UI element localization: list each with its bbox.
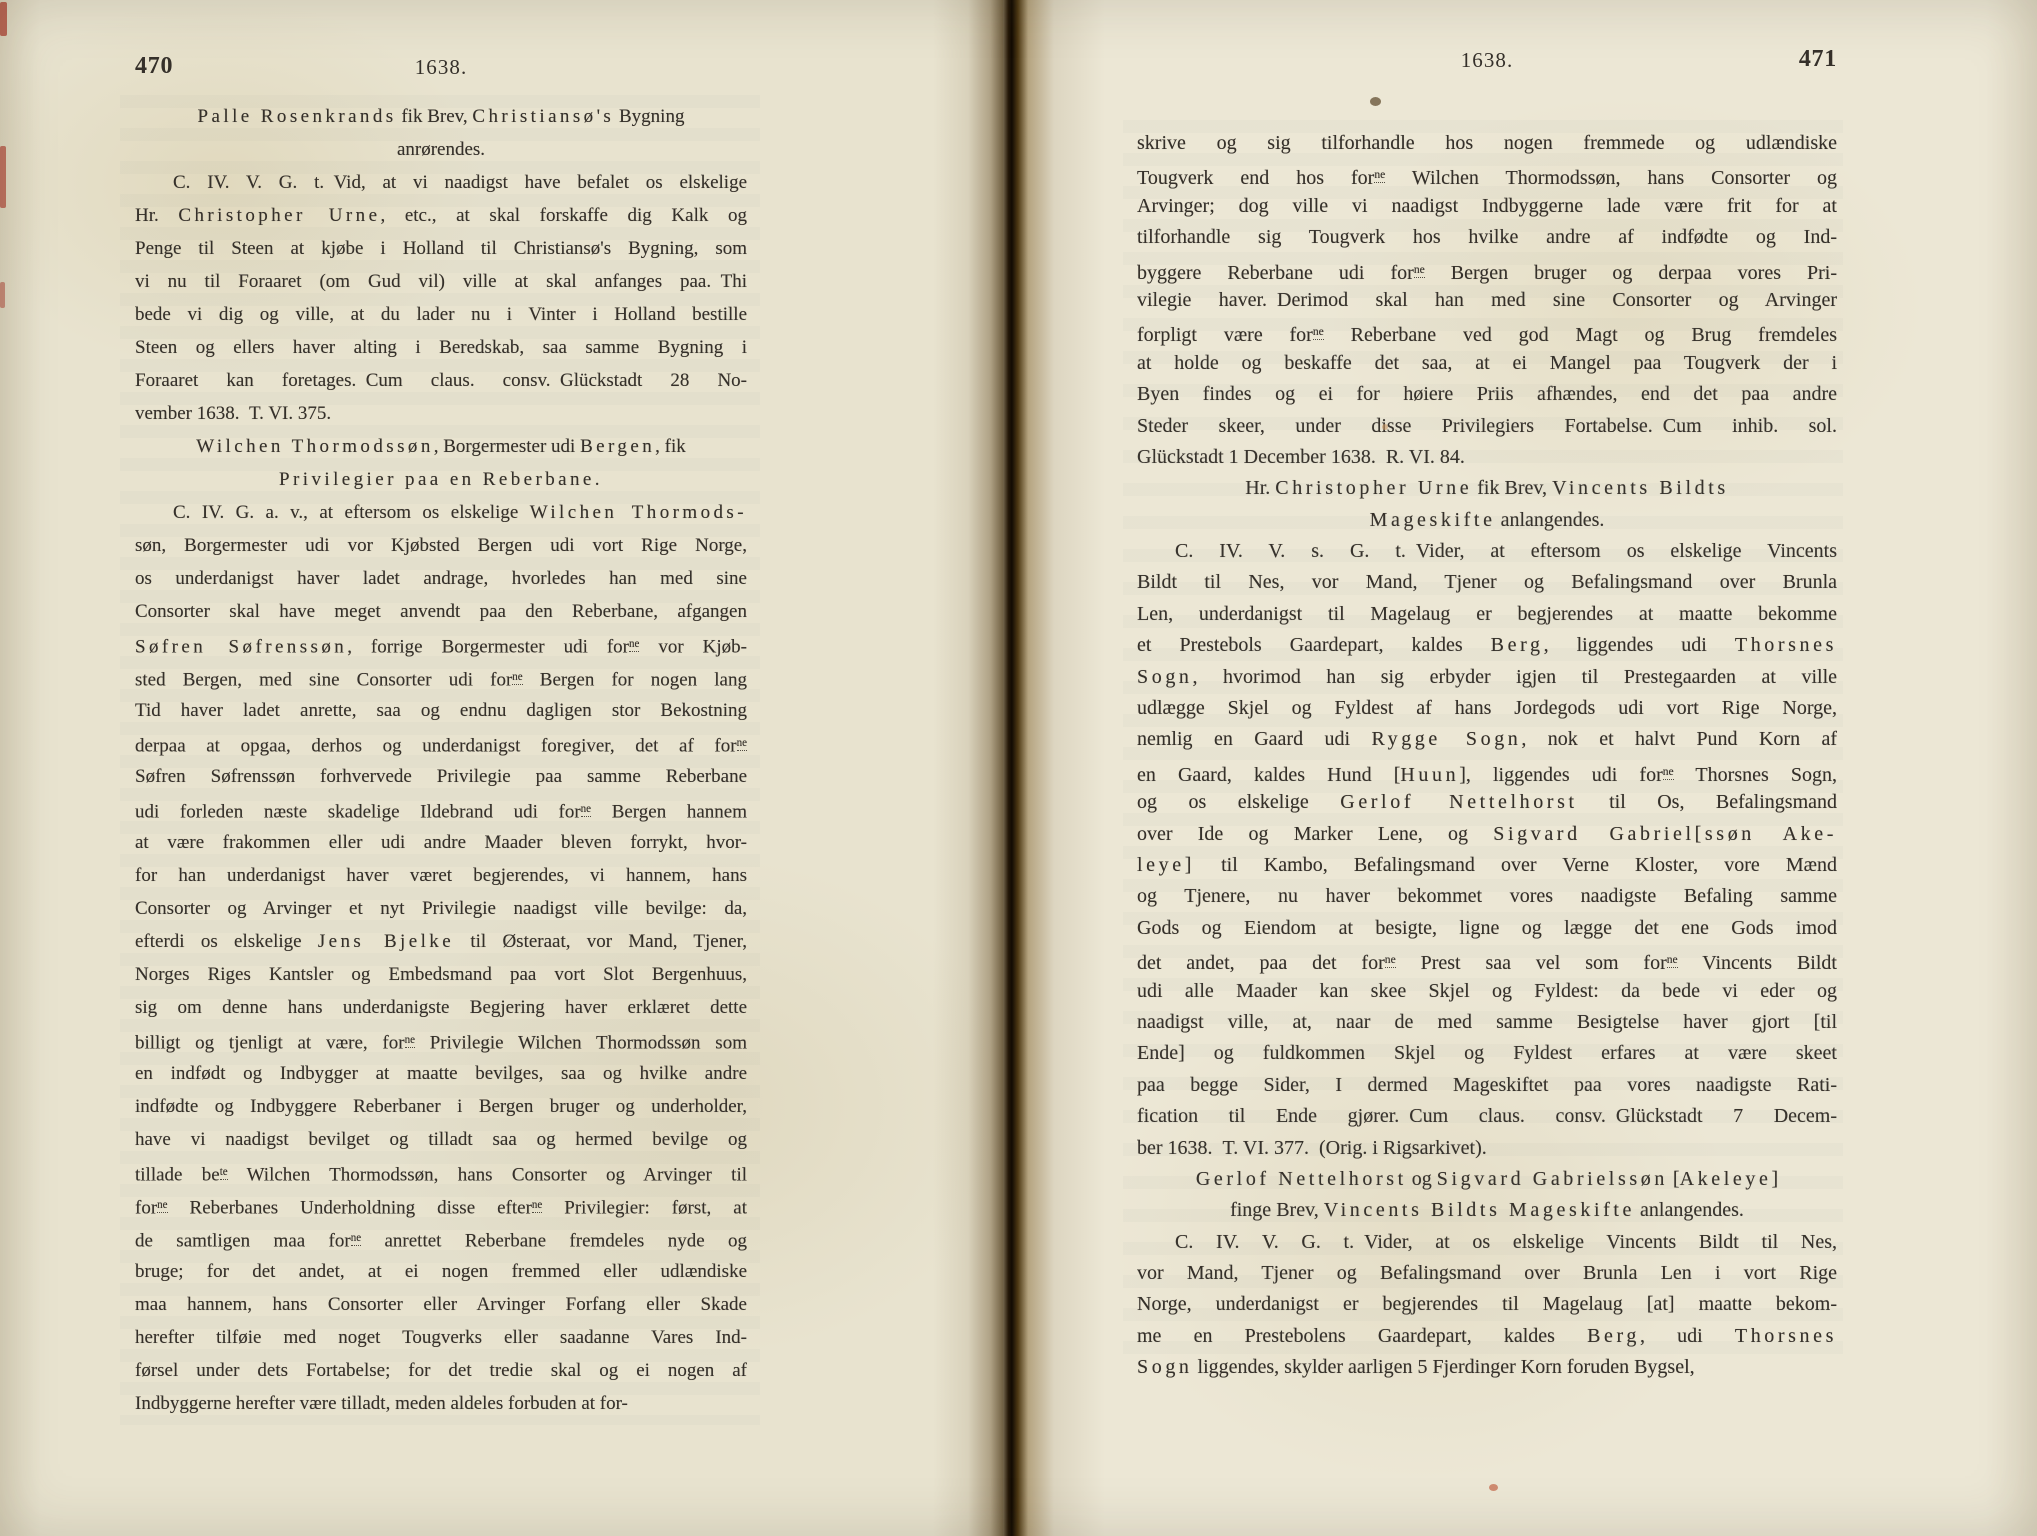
text-line: herefter tilføie med noget Tougverks ell… bbox=[135, 1321, 747, 1354]
text-line: paa begge Sider, I dermed Mageskiftet pa… bbox=[1137, 1070, 1837, 1101]
text-line: C. IV. V. G. t. Vid, at vi naadigst have… bbox=[135, 166, 747, 199]
text-line: Søfren Søfrenssøn forhvervede Privilegie… bbox=[135, 760, 747, 793]
section-heading: Hr. Christopher Urne fik Brev, Vincents … bbox=[1137, 473, 1837, 536]
text-line: Palle Rosenkrands fik Brev, Christiansø'… bbox=[135, 100, 747, 133]
text-line: billigt og tjenligt at være, forne Privi… bbox=[135, 1024, 747, 1057]
text-line: Ende] og fuldkommen Skjel og Fyldest erf… bbox=[1137, 1038, 1837, 1069]
text-line: Norge, underdanigst er begjerendes til M… bbox=[1137, 1289, 1837, 1320]
text-line: Privilegier paa en Reberbane. bbox=[135, 463, 747, 496]
text-line: efterdi os elskelige Jens Bjelke til Øst… bbox=[135, 925, 747, 958]
body-paragraph: C. IV. V. s. G. t. Vider, at eftersom os… bbox=[1137, 536, 1837, 1164]
text-line: Tid haver ladet anrette, saa og endnu da… bbox=[135, 694, 747, 727]
book-spread: 470 1638. Palle Rosenkrands fik Brev, Ch… bbox=[0, 0, 2037, 1536]
text-line: byggere Reberbane udi forne Bergen bruge… bbox=[1137, 254, 1837, 285]
text-line: Consorter og Arvinger et nyt Privilegie … bbox=[135, 892, 747, 925]
text-line: sig om denne hans underdanigste Begjerin… bbox=[135, 991, 747, 1024]
text-line: Steen og ellers haver alting i Beredskab… bbox=[135, 331, 747, 364]
text-line: en Gaard, kaldes Hund [Huun], liggendes … bbox=[1137, 756, 1837, 787]
text-line: nemlig en Gaard udi Rygge Sogn, nok et h… bbox=[1137, 724, 1837, 755]
section-heading: Gerlof Nettelhorst og Sigvard Gabrielssø… bbox=[1137, 1164, 1837, 1227]
text-line: indfødte og Indbyggere Reberbaner i Berg… bbox=[135, 1090, 747, 1123]
text-line: Norges Riges Kantsler og Embedsmand paa … bbox=[135, 958, 747, 991]
body-paragraph: skrive og sig tilforhandle hos nogen fre… bbox=[1137, 128, 1837, 473]
page-number: 471 bbox=[1799, 46, 1837, 73]
text-line: over Ide og Marker Lene, og Sigvard Gabr… bbox=[1137, 819, 1837, 850]
left-text-column: Palle Rosenkrands fik Brev, Christiansø'… bbox=[135, 100, 747, 1420]
page-number: 470 bbox=[135, 53, 173, 80]
text-line: og os elskelige Gerlof Nettelhorst til O… bbox=[1137, 787, 1837, 818]
text-line: Arvinger; dog ville vi naadigst Indbygge… bbox=[1137, 191, 1837, 222]
text-line: Hr. Christopher Urne fik Brev, Vincents … bbox=[1137, 473, 1837, 504]
text-line: sted Bergen, med sine Consorter udi forn… bbox=[135, 661, 747, 694]
text-line: tilforhandle sig Tougverk hos hvilke and… bbox=[1137, 222, 1837, 253]
text-line: me en Prestebolens Gaardepart, kaldes Be… bbox=[1137, 1321, 1837, 1352]
text-line: søn, Borgermester udi vor Kjøbsted Berge… bbox=[135, 529, 747, 562]
text-line: bruge; for det andet, at ei nogen fremme… bbox=[135, 1255, 747, 1288]
text-line: tillade bete Wilchen Thormodssøn, hans C… bbox=[135, 1156, 747, 1189]
text-line: leye] til Kambo, Befalingsmand over Vern… bbox=[1137, 850, 1837, 881]
text-line: Bildt til Nes, vor Mand, Tjener og Befal… bbox=[1137, 567, 1837, 598]
text-line: forne Reberbanes Underholdning disse eft… bbox=[135, 1189, 747, 1222]
text-line: Sogn liggendes, skylder aarligen 5 Fjerd… bbox=[1137, 1352, 1837, 1383]
text-line: og Tjenere, nu haver bekommet vores naad… bbox=[1137, 881, 1837, 912]
running-head: 1638. bbox=[135, 55, 747, 80]
text-line: Steder skeer, under disse Privilegiers F… bbox=[1137, 411, 1837, 442]
text-line: have vi naadigst bevilget og tilladt saa… bbox=[135, 1123, 747, 1156]
text-line: Penge til Steen at kjøbe i Holland til C… bbox=[135, 232, 747, 265]
left-page-header: 470 1638. bbox=[135, 55, 747, 80]
text-line: udi forleden næste skadelige Ildebrand u… bbox=[135, 793, 747, 826]
text-line: Gods og Eiendom at besigte, ligne og læg… bbox=[1137, 913, 1837, 944]
text-line: de samtligen maa forne anrettet Reberban… bbox=[135, 1222, 747, 1255]
body-paragraph: C. IV. V. G. t. Vid, at vi naadigst have… bbox=[135, 166, 747, 430]
text-line: derpaa at opgaa, derhos og underdanigst … bbox=[135, 727, 747, 760]
text-line: Mageskifte anlangendes. bbox=[1137, 505, 1837, 536]
running-head: 1638. bbox=[1137, 48, 1837, 73]
text-line: vember 1638. T. VI. 375. bbox=[135, 397, 747, 430]
text-line: fication til Ende gjører. Cum claus. con… bbox=[1137, 1101, 1837, 1132]
text-line: Foraaret kan foretages. Cum claus. consv… bbox=[135, 364, 747, 397]
right-page: 1638. 471 skrive og sig tilforhandle hos… bbox=[1013, 0, 2037, 1536]
text-line: Len, underdanigst til Magelaug er begjer… bbox=[1137, 599, 1837, 630]
left-page: 470 1638. Palle Rosenkrands fik Brev, Ch… bbox=[0, 0, 1003, 1536]
body-paragraph: C. IV. V. G. t. Vider, at os elskelige V… bbox=[1137, 1227, 1837, 1384]
text-line: at holde og beskaffe det saa, at ei Mang… bbox=[1137, 348, 1837, 379]
text-line: vi nu til Foraaret (om Gud vil) ville at… bbox=[135, 265, 747, 298]
text-line: ber 1638. T. VI. 377. (Orig. i Rigsarkiv… bbox=[1137, 1133, 1837, 1164]
text-line: at være frakommen eller udi andre Maader… bbox=[135, 826, 747, 859]
text-line: vor Mand, Tjener og Befalingsmand over B… bbox=[1137, 1258, 1837, 1289]
text-line: udlægge Skjel og Fyldest af hans Jordego… bbox=[1137, 693, 1837, 724]
text-line: Tougverk end hos forne Wilchen Thormodss… bbox=[1137, 159, 1837, 190]
text-line: førsel under dets Fortabelse; for det tr… bbox=[135, 1354, 747, 1387]
text-line: et Prestebols Gaardepart, kaldes Berg, l… bbox=[1137, 630, 1837, 661]
section-heading: Palle Rosenkrands fik Brev, Christiansø'… bbox=[135, 100, 747, 166]
page-gutter bbox=[968, 0, 1054, 1536]
text-line: Sogn, hvorimod han sig erbyder igjen til… bbox=[1137, 662, 1837, 693]
text-line: C. IV. G. a. v., at eftersom os elskelig… bbox=[135, 496, 747, 529]
text-line: finge Brev, Vincents Bildts Mageskifte a… bbox=[1137, 1195, 1837, 1226]
text-line: skrive og sig tilforhandle hos nogen fre… bbox=[1137, 128, 1837, 159]
text-line: forpligt være forne Reberbane ved god Ma… bbox=[1137, 316, 1837, 347]
text-line: bede vi dig og ville, at du lader nu i V… bbox=[135, 298, 747, 331]
text-line: anrørendes. bbox=[135, 133, 747, 166]
text-line: maa hannem, hans Consorter eller Arvinge… bbox=[135, 1288, 747, 1321]
text-line: os underdanigst haver ladet andrage, hvo… bbox=[135, 562, 747, 595]
text-line: for han underdanigst haver været begjere… bbox=[135, 859, 747, 892]
body-paragraph: C. IV. G. a. v., at eftersom os elskelig… bbox=[135, 496, 747, 1420]
text-line: Gerlof Nettelhorst og Sigvard Gabrielssø… bbox=[1137, 1164, 1837, 1195]
text-line: Byen findes og ei for høiere Priis afhæn… bbox=[1137, 379, 1837, 410]
text-line: Indbyggerne herefter være tilladt, meden… bbox=[135, 1387, 747, 1420]
text-line: Consorter skal have meget anvendt paa de… bbox=[135, 595, 747, 628]
text-line: Glückstadt 1 December 1638. R. VI. 84. bbox=[1137, 442, 1837, 473]
text-line: Wilchen Thormodssøn, Borgermester udi Be… bbox=[135, 430, 747, 463]
text-line: C. IV. V. G. t. Vider, at os elskelige V… bbox=[1137, 1227, 1837, 1258]
text-line: C. IV. V. s. G. t. Vider, at eftersom os… bbox=[1137, 536, 1837, 567]
text-line: det andet, paa det forne Prest saa vel s… bbox=[1137, 944, 1837, 975]
text-line: naadigst ville, at, naar de med samme Be… bbox=[1137, 1007, 1837, 1038]
text-line: udi alle Maader kan skee Skjel og Fyldes… bbox=[1137, 976, 1837, 1007]
text-line: vilegie haver. Derimod skal han med sine… bbox=[1137, 285, 1837, 316]
text-line: Søfren Søfrenssøn, forrige Borgermester … bbox=[135, 628, 747, 661]
text-line: Hr. Christopher Urne, etc., at skal fors… bbox=[135, 199, 747, 232]
right-page-header: 1638. 471 bbox=[1137, 48, 1837, 73]
text-line: en indfødt og Indbygger at maatte bevilg… bbox=[135, 1057, 747, 1090]
right-text-column: skrive og sig tilforhandle hos nogen fre… bbox=[1137, 128, 1837, 1384]
section-heading: Wilchen Thormodssøn, Borgermester udi Be… bbox=[135, 430, 747, 496]
